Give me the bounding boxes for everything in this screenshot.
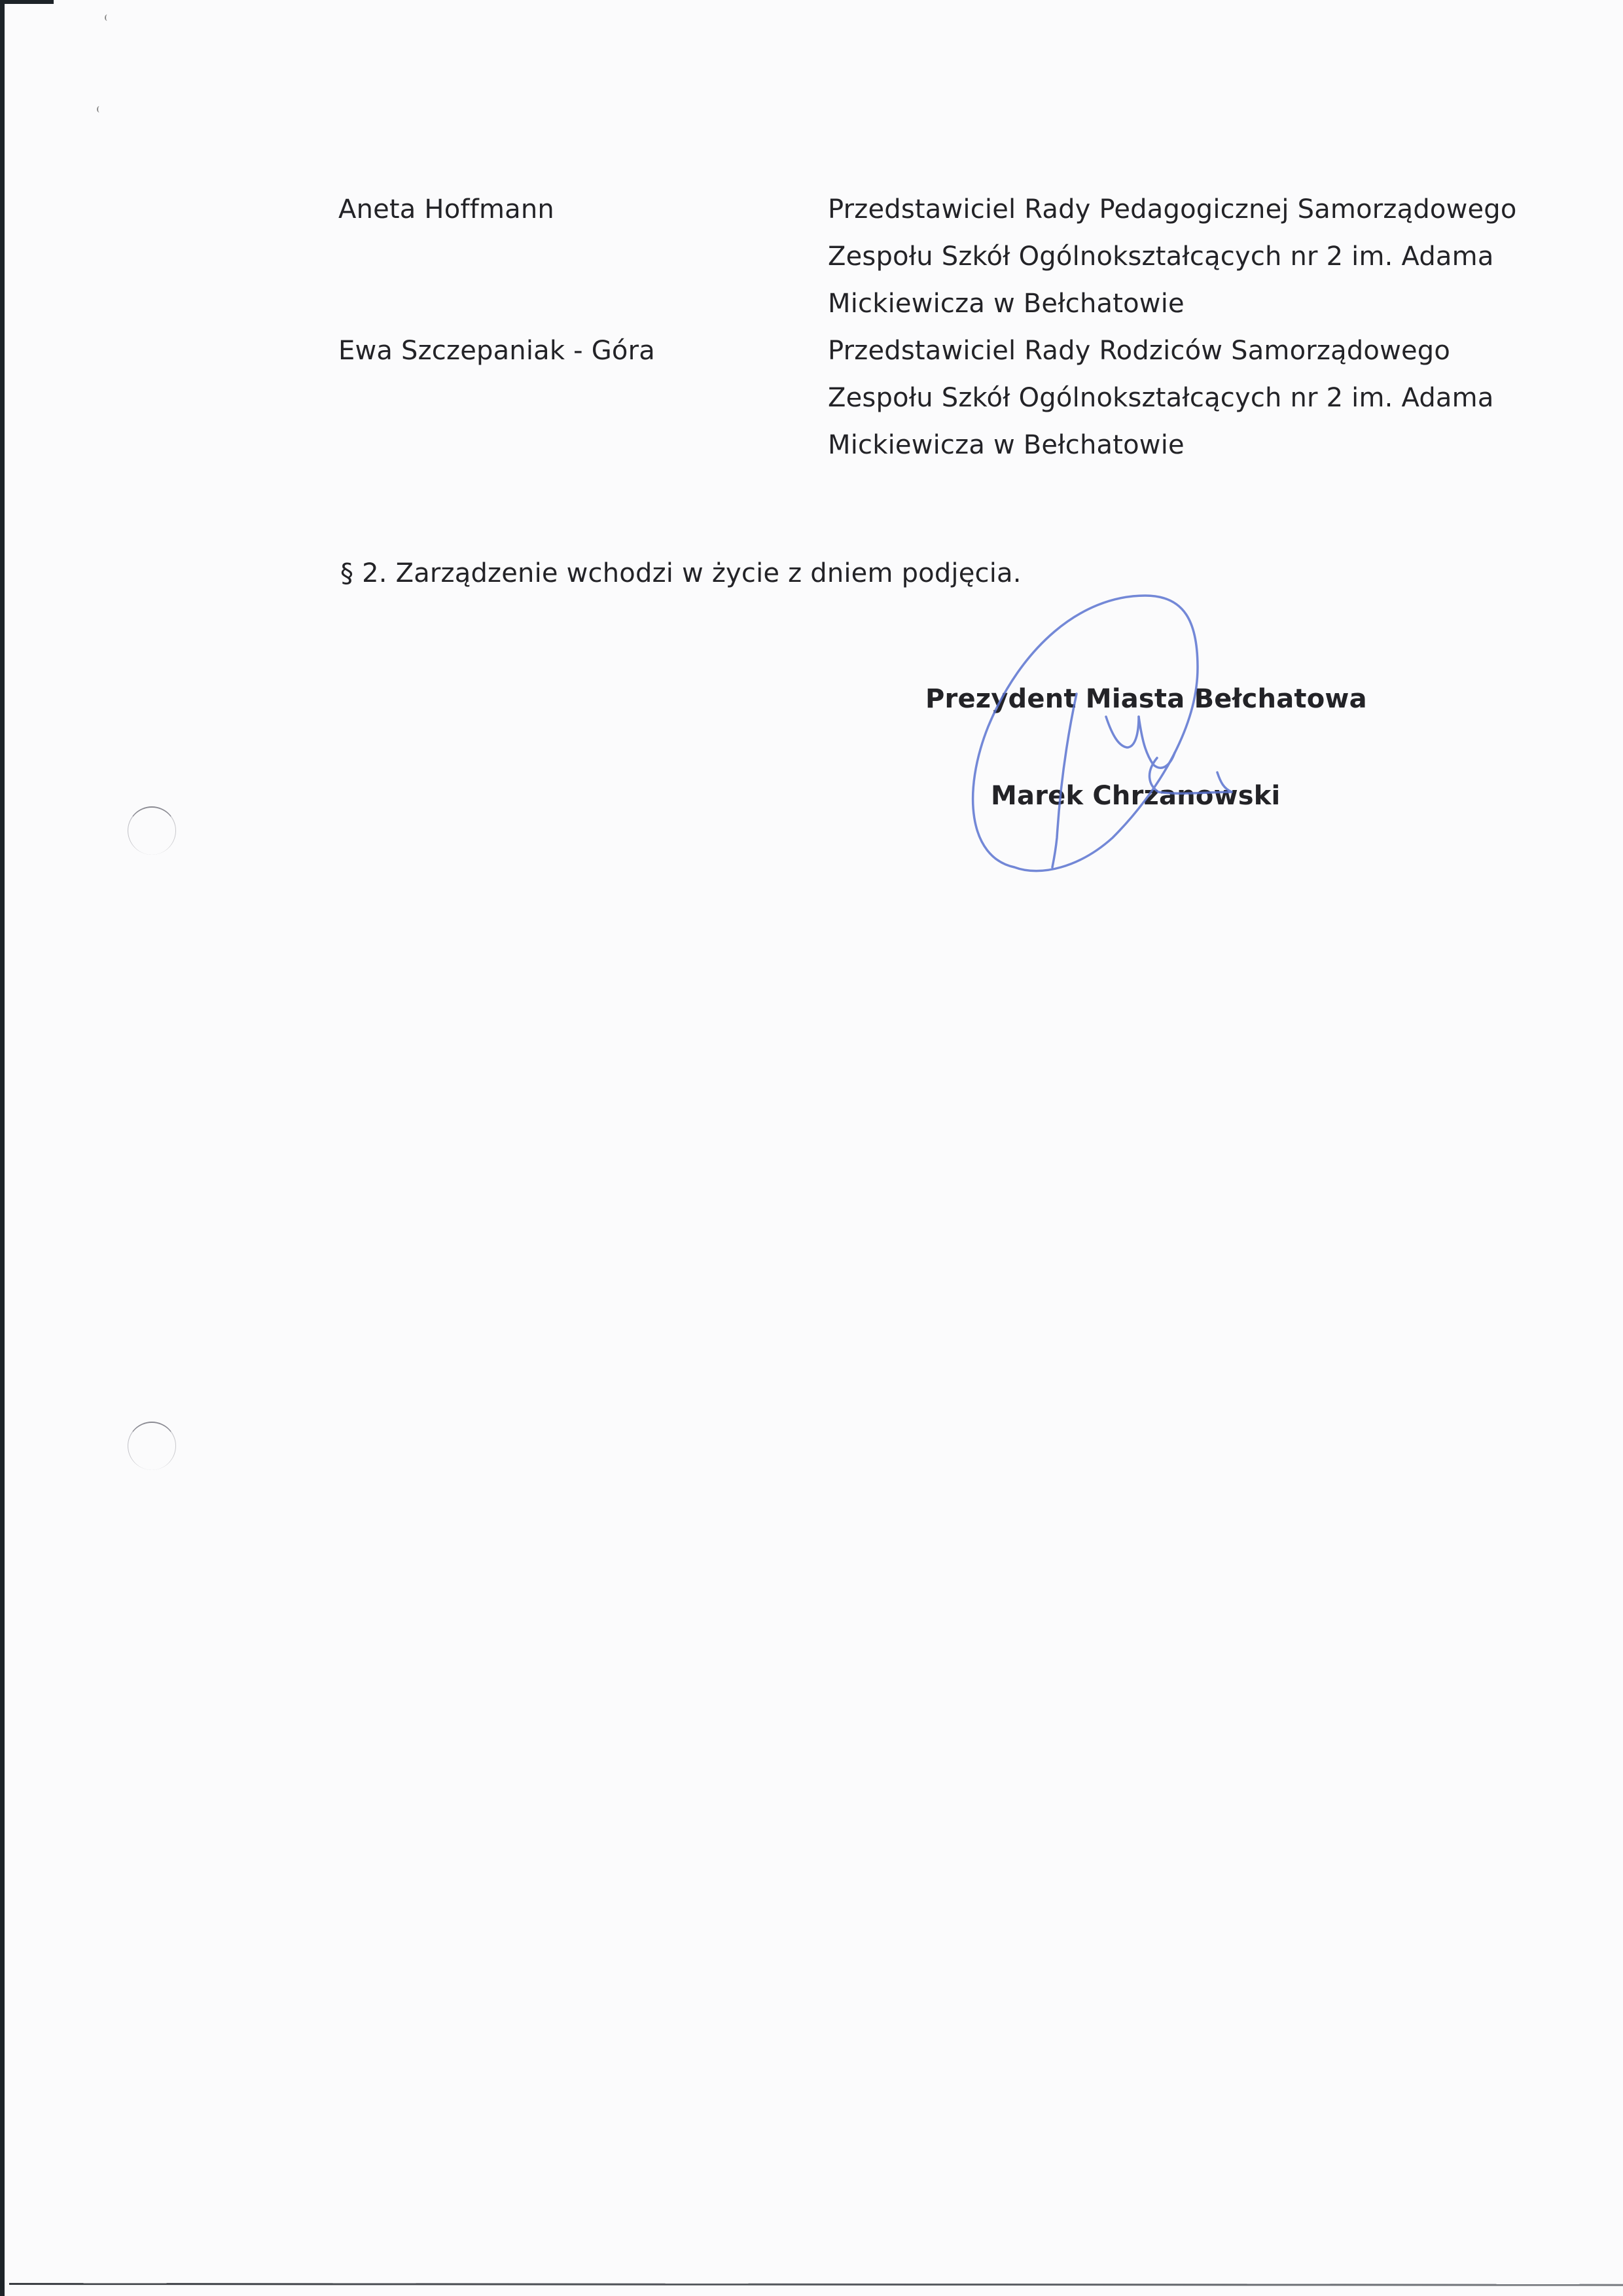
handwritten-signature-icon [949,576,1315,877]
member-role-line: Mickiewicza w Bełchatowie [828,432,1185,458]
member-name: Ewa Szczepaniak - Góra [338,338,655,364]
member-role-line: Przedstawiciel Rady Pedagogicznej Samorz… [828,196,1517,223]
member-role-line: Mickiewicza w Bełchatowie [828,291,1185,317]
scan-bottom-edge [9,2283,1623,2286]
scan-speck [97,106,102,113]
scan-top-edge [0,0,54,4]
member-name: Aneta Hoffmann [338,196,554,223]
member-role-line: Zespołu Szkół Ogólnokształcących nr 2 im… [828,243,1494,270]
member-role-line: Zespołu Szkół Ogólnokształcących nr 2 im… [828,385,1494,411]
scan-left-edge [0,0,5,2296]
member-role-line: Przedstawiciel Rady Rodziców Samorządowe… [828,338,1450,364]
paragraph-2: § 2. Zarządzenie wchodzi w życie z dniem… [340,560,1022,586]
scan-speck [105,14,110,21]
punch-hole [128,806,176,855]
punch-hole [128,1422,176,1470]
